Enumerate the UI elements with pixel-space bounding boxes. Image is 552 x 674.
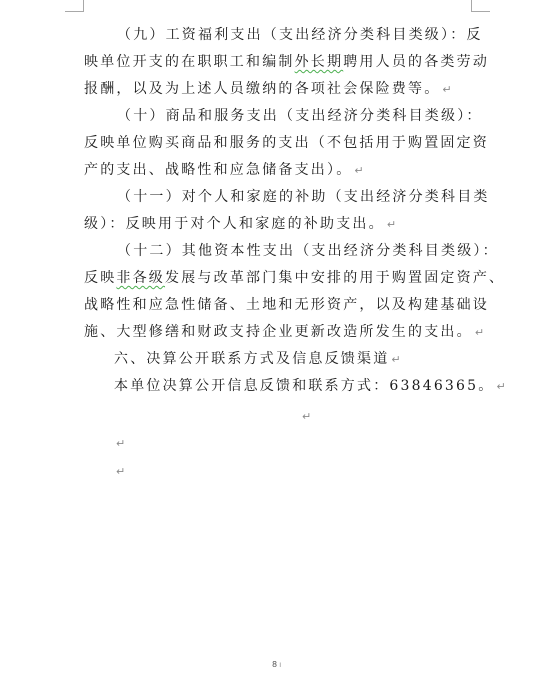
paragraph-mark-icon[interactable]: ↵ xyxy=(302,410,311,423)
paragraph-9-line-3[interactable]: 报酬，以及为上述人员缴纳的各项社会保险费等。↵ xyxy=(84,76,476,103)
margin-corner-mark-top-left xyxy=(65,0,84,12)
paragraph-11-line-1[interactable]: （十一）对个人和家庭的补助（支出经济分类科目类 xyxy=(84,184,476,211)
text: 六、决算公开联系方式及信息反馈渠道 xyxy=(114,351,389,367)
paragraph-mark-icon: ↵ xyxy=(354,164,363,177)
section-heading[interactable]: 六、决算公开联系方式及信息反馈渠道↵ xyxy=(84,346,476,373)
paragraph-11-line-2[interactable]: 级）：反映用于对个人和家庭的补助支出。↵ xyxy=(84,211,476,238)
document-page[interactable]: （九）工资福利支出（支出经济分类科目类级）：反 映单位开支的在职职工和编制外长期… xyxy=(0,0,552,674)
text: 反映 xyxy=(84,270,116,286)
grammar-squiggle-text[interactable]: 外长期 xyxy=(295,54,344,70)
paragraph-10-line-1[interactable]: （十）商品和服务支出（支出经济分类科目类级）： xyxy=(84,103,476,130)
text: 聘用人员的各类劳动 xyxy=(343,54,489,70)
contact-line[interactable]: 本单位决算公开信息反馈和联系方式：63846365。↵ xyxy=(84,373,476,400)
text: 本单位决算公开信息反馈和联系方式：63846365。 xyxy=(114,378,494,394)
paragraph-12-line-3[interactable]: 战略性和应急性储备、土地和无形资产，以及构建基础设 xyxy=(84,292,476,319)
paragraph-12-line-4[interactable]: 施、大型修缮和财政支持企业更新改造所发生的支出。↵ xyxy=(84,319,476,346)
page-number-footer: 8ı xyxy=(272,660,281,669)
paragraph-9-line-2[interactable]: 映单位开支的在职职工和编制外长期聘用人员的各类劳动 xyxy=(84,49,476,76)
paragraph-12-line-2[interactable]: 反映非各级发展与改革部门集中安排的用于购置固定资产、 xyxy=(84,265,476,292)
paragraph-10-line-2[interactable]: 反映单位购买商品和服务的支出（不包括用于购置固定资 xyxy=(84,130,476,157)
text: 映单位开支的在职职工和编制 xyxy=(84,54,295,70)
text: 报酬，以及为上述人员缴纳的各项社会保险费等。 xyxy=(84,81,440,97)
text: （十二）其他资本性支出（支出经济分类科目类级）： xyxy=(117,243,499,259)
text: （九）工资福利支出（支出经济分类科目类级）：反 xyxy=(117,27,483,43)
paragraph-10-line-3[interactable]: 产的支出、战略性和应急储备支出）。↵ xyxy=(84,157,476,184)
text: （十一）对个人和家庭的补助（支出经济分类科目类 xyxy=(117,189,490,205)
text: 发展与改革部门集中安排的用于购置固定资产、 xyxy=(165,270,505,286)
paragraph-mark-icon: ↵ xyxy=(496,380,505,393)
paragraph-mark-icon[interactable]: ↵ xyxy=(116,465,125,478)
text: 施、大型修缮和财政支持企业更新改造所发生的支出。 xyxy=(84,324,473,340)
text: 产的支出、战略性和应急储备支出）。 xyxy=(84,162,352,178)
paragraph-mark-icon: ↵ xyxy=(387,218,396,231)
paragraph-9-line-1[interactable]: （九）工资福利支出（支出经济分类科目类级）：反 xyxy=(84,22,476,49)
paragraph-mark-icon: ↵ xyxy=(442,83,451,96)
paragraph-mark-icon[interactable]: ↵ xyxy=(116,437,125,450)
text: 反映单位购买商品和服务的支出（不包括用于购置固定资 xyxy=(84,135,489,151)
paragraph-mark-icon: ↵ xyxy=(391,353,400,366)
document-body[interactable]: （九）工资福利支出（支出经济分类科目类级）：反 映单位开支的在职职工和编制外长期… xyxy=(84,22,476,400)
text: 战略性和应急性储备、土地和无形资产，以及构建基础设 xyxy=(84,297,489,313)
paragraph-mark-icon: ↵ xyxy=(475,326,484,339)
grammar-squiggle-text[interactable]: 非各级 xyxy=(116,270,165,286)
text: （十）商品和服务支出（支出经济分类科目类级）： xyxy=(117,108,483,124)
text: 级）：反映用于对个人和家庭的补助支出。 xyxy=(84,216,385,232)
paragraph-mark-icon: ı xyxy=(279,660,281,669)
page-number: 8 xyxy=(272,660,277,669)
paragraph-12-line-1[interactable]: （十二）其他资本性支出（支出经济分类科目类级）： xyxy=(84,238,476,265)
margin-corner-mark-top-right xyxy=(471,0,490,12)
